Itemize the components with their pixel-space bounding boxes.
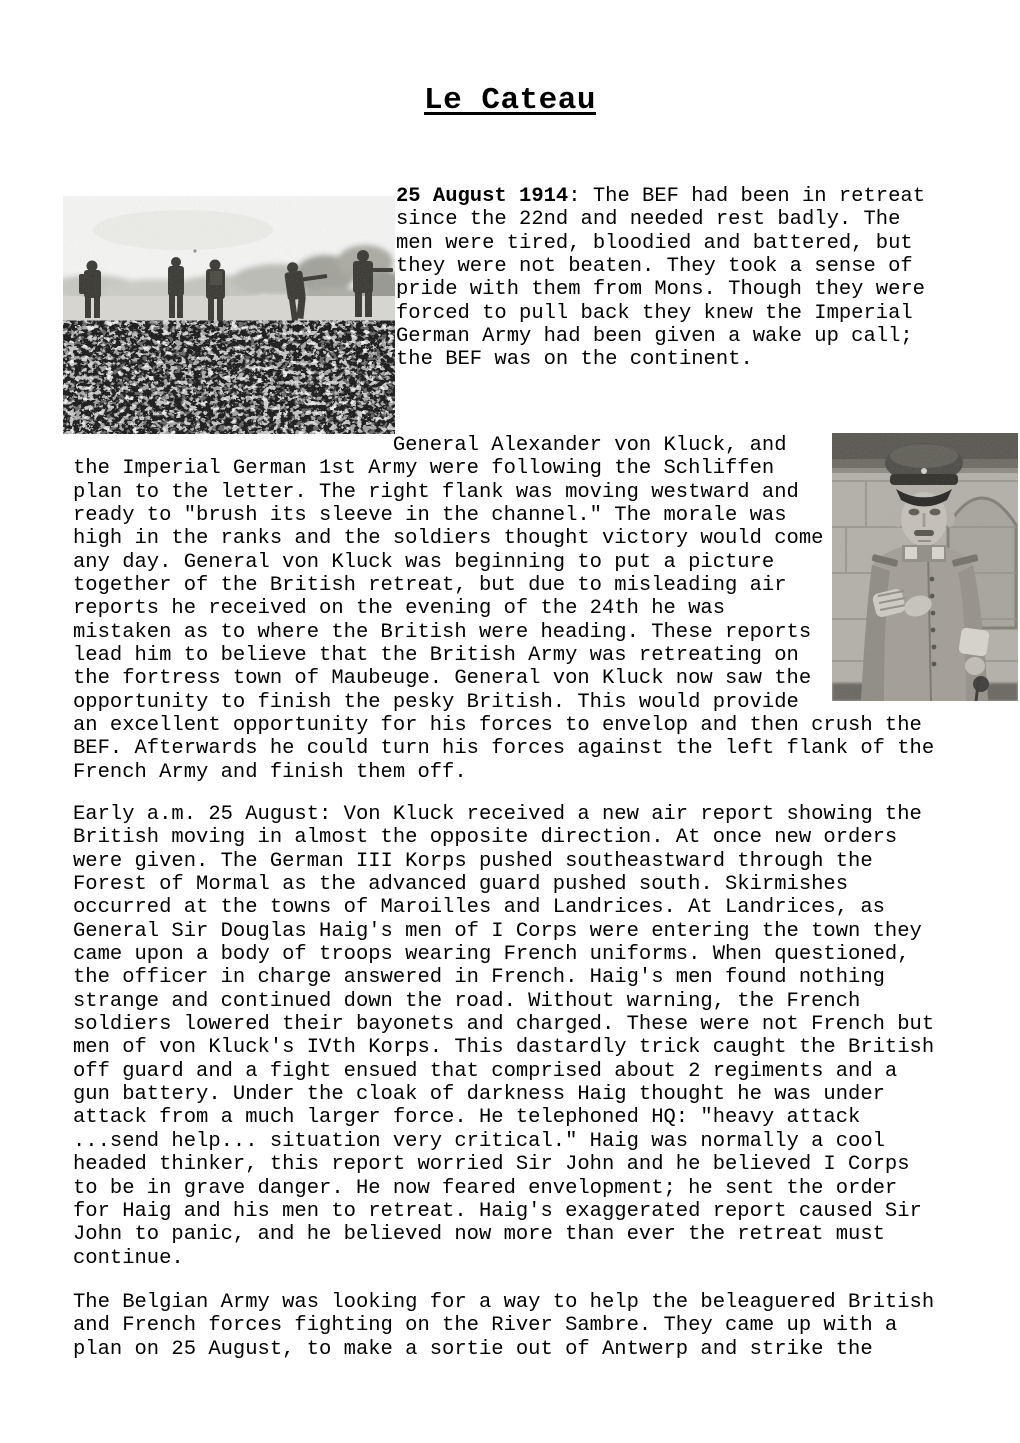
soldiers-field-photo xyxy=(63,196,395,434)
paragraph-1-date-lead: 25 August 1914 xyxy=(396,185,568,208)
page-title: Le Cateau xyxy=(0,82,1020,120)
paragraph-1: 25 August 1914: The BEF had been in retr… xyxy=(396,185,925,372)
document-page: Le Cateau xyxy=(0,0,1020,1443)
paragraph-4: The Belgian Army was looking for a way t… xyxy=(73,1291,934,1361)
film-grain xyxy=(63,196,395,434)
paragraph-1-body: : The BEF had been in retreat since the … xyxy=(396,185,925,371)
soldiers-field-photo-illustration xyxy=(63,196,395,434)
paragraph-2: General Alexander von Kluck, and the Imp… xyxy=(73,434,934,784)
paragraph-3: Early a.m. 25 August: Von Kluck received… xyxy=(73,803,934,1270)
